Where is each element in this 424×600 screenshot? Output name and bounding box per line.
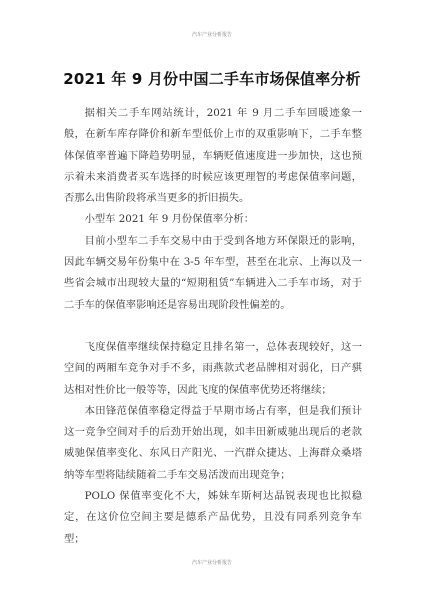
paragraph-small-car-analysis: 目前小型车二手车交易中由于受到各地方环保限迁的影响，因此车辆交易年份集中在 3-… xyxy=(64,231,362,316)
page-header: 汽车产业分析报告 xyxy=(0,31,424,38)
document-title: 2021 年 9 月份中国二手车市场保值率分析 xyxy=(0,68,424,89)
paragraph-section-heading: 小型车 2021 年 9 月份保值率分析： xyxy=(64,209,362,230)
paragraph-fit: 飞度保值率继续保持稳定且排名第一，总体表现较好，这一空间的两厢车竞争对手不多，雨… xyxy=(64,337,362,401)
page-footer: 汽车产业分析报告 xyxy=(0,559,424,566)
paragraph-polo: POLO 保值率变化不大，姊妹车斯柯达晶锐表现也比拟稳定，在这价位空间主要是德系… xyxy=(64,486,362,550)
document-page: 汽车产业分析报告 2021 年 9 月份中国二手车市场保值率分析 据相关二手车网… xyxy=(0,0,424,600)
paragraph-honda-greiz: 本田锋范保值率稳定得益于早期市场占有率，但是我们预计这一竞争空间对手的后劲开始出… xyxy=(64,401,362,486)
paragraph-intro: 据相关二手车网站统计，2021 年 9 月二手车回暖迹象一般，在新车库存降价和新… xyxy=(64,103,362,209)
document-body: 据相关二手车网站统计，2021 年 9 月二手车回暖迹象一般，在新车库存降价和新… xyxy=(64,103,362,550)
